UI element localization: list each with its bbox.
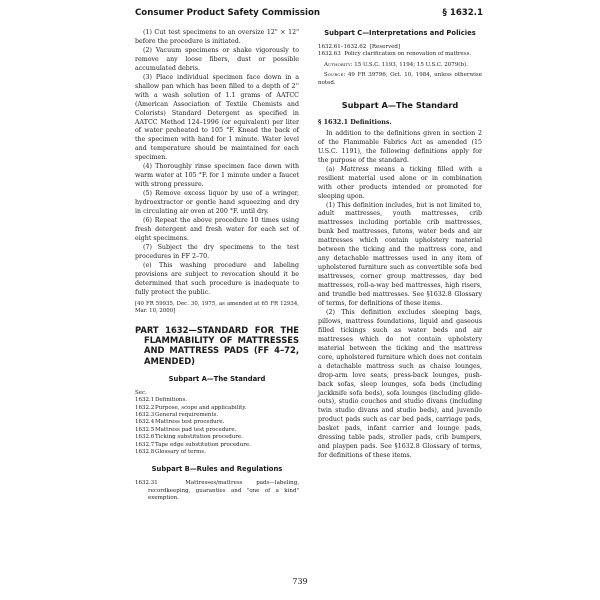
paragraph: (2) Vacuum specimens or shake vigorously… [135, 47, 299, 74]
paragraph: (7) Subject the dry specimens to the tes… [135, 244, 299, 262]
toc-label: Policy clarification on renovation of ma… [344, 51, 471, 57]
toc-item[interactable]: 1632.61–1632.62 [Reserved] [318, 44, 482, 51]
intro-paragraph: In addition to the definitions given in … [318, 130, 482, 166]
toc-number: 1632.2 [135, 405, 155, 412]
definition-inclusions: (1) This definition includes, but is not… [318, 202, 482, 309]
table-of-contents-subpart-a: Sec. 1632.1Definitions. 1632.2Purpose, s… [135, 390, 299, 457]
definition-label: (a) [326, 166, 340, 173]
toc-label: Mattresses/mattress pads—labeling, recor… [148, 480, 299, 501]
toc-item[interactable]: 1632.31 Mattresses/mattress pads—labelin… [135, 480, 299, 502]
part-title: PART 1632—STANDARD FOR THE FLAMMABILITY … [135, 325, 299, 366]
toc-number: 1632.8 [135, 449, 155, 456]
toc-item[interactable]: 1632.1Definitions. [135, 397, 299, 404]
authority-label: Authority: [324, 62, 353, 68]
toc-number: 1632.5 [135, 427, 155, 434]
subpart-a-heading-main: Subpart A—The Standard [318, 101, 482, 110]
paragraph: (e) This washing procedure and labeling … [135, 262, 299, 298]
toc-number: 1632.3 [135, 412, 155, 419]
source-note: Source: 49 FR 39796, Oct. 10, 1984, unle… [318, 72, 482, 87]
paragraph: (4) Thoroughly rinse specimen face down … [135, 163, 299, 190]
toc-item[interactable]: 1632.8Glossary of terms. [135, 449, 299, 456]
paragraph: (6) Repeat the above procedure 10 times … [135, 217, 299, 244]
toc-label: Definitions. [155, 397, 187, 404]
toc-label: Mattress pad test procedure. [155, 427, 236, 434]
toc-label: [Reserved] [370, 44, 400, 50]
toc-item[interactable]: 1632.3General requirements. [135, 412, 299, 419]
toc-number: 1632.61–1632.62 [318, 44, 366, 50]
definition-exclusions: (2) This definition excludes sleeping ba… [318, 309, 482, 461]
right-column: Subpart C—Interpretations and Policies 1… [318, 29, 482, 461]
toc-label: Tape edge substitution procedure. [155, 442, 251, 449]
subpart-b-heading: Subpart B—Rules and Regulations [135, 465, 299, 474]
toc-label: Purpose, scope and applicability. [155, 405, 246, 412]
table-of-contents-subpart-b: 1632.31 Mattresses/mattress pads—labelin… [135, 480, 299, 502]
running-head-section: § 1632.1 [443, 8, 483, 18]
table-of-contents-subpart-c: 1632.61–1632.62 [Reserved] 1632.63 Polic… [318, 44, 482, 59]
defined-term: Mattress [340, 166, 368, 173]
toc-label: Mattress test procedure. [155, 419, 224, 426]
source-label: Source: [324, 72, 345, 78]
paragraph: (1) Cut test specimens to an oversize 12… [135, 29, 299, 47]
authority-text: 15 U.S.C. 1193, 1194; 15 U.S.C. 2079(b). [354, 62, 468, 68]
toc-number: 1632.1 [135, 397, 155, 404]
section-heading: § 1632.1 Definitions. [318, 118, 482, 127]
definition-a: (a) Mattress means a ticking filled with… [318, 166, 482, 202]
left-column: (1) Cut test specimens to an oversize 12… [135, 29, 299, 503]
toc-item[interactable]: 1632.63 Policy clarification on renovati… [318, 51, 482, 58]
toc-number: 1632.7 [135, 442, 155, 449]
document-page: Consumer Product Safety Commission § 163… [0, 0, 600, 600]
toc-item[interactable]: 1632.2Purpose, scope and applicability. [135, 405, 299, 412]
running-head-agency: Consumer Product Safety Commission [135, 8, 320, 18]
toc-label: General requirements. [155, 412, 218, 419]
toc-number: 1632.63 [318, 51, 341, 57]
toc-item[interactable]: 1632.6Ticking substitution procedure. [135, 434, 299, 441]
toc-number: 1632.4 [135, 419, 155, 426]
toc-label: Ticking substitution procedure. [155, 434, 243, 441]
subpart-a-heading: Subpart A—The Standard [135, 375, 299, 384]
toc-item[interactable]: 1632.7Tape edge substitution procedure. [135, 442, 299, 449]
paragraph: (5) Remove excess liquor by use of a wri… [135, 190, 299, 217]
subpart-c-heading: Subpart C—Interpretations and Policies [318, 29, 482, 38]
toc-number: 1632.6 [135, 434, 155, 441]
page-number: 739 [0, 577, 600, 586]
toc-item[interactable]: 1632.5Mattress pad test procedure. [135, 427, 299, 434]
authority-note: Authority: 15 U.S.C. 1193, 1194; 15 U.S.… [318, 62, 482, 69]
sec-label: Sec. [135, 390, 299, 397]
toc-number: 1632.31 [135, 480, 158, 486]
toc-label: Glossary of terms. [155, 449, 206, 456]
running-head: Consumer Product Safety Commission § 163… [135, 8, 483, 20]
source-citation: [40 FR 59935, Dec. 30, 1975, as amended … [135, 301, 299, 315]
paragraph: (3) Place individual specimen face down … [135, 74, 299, 164]
toc-item[interactable]: 1632.4Mattress test procedure. [135, 419, 299, 426]
